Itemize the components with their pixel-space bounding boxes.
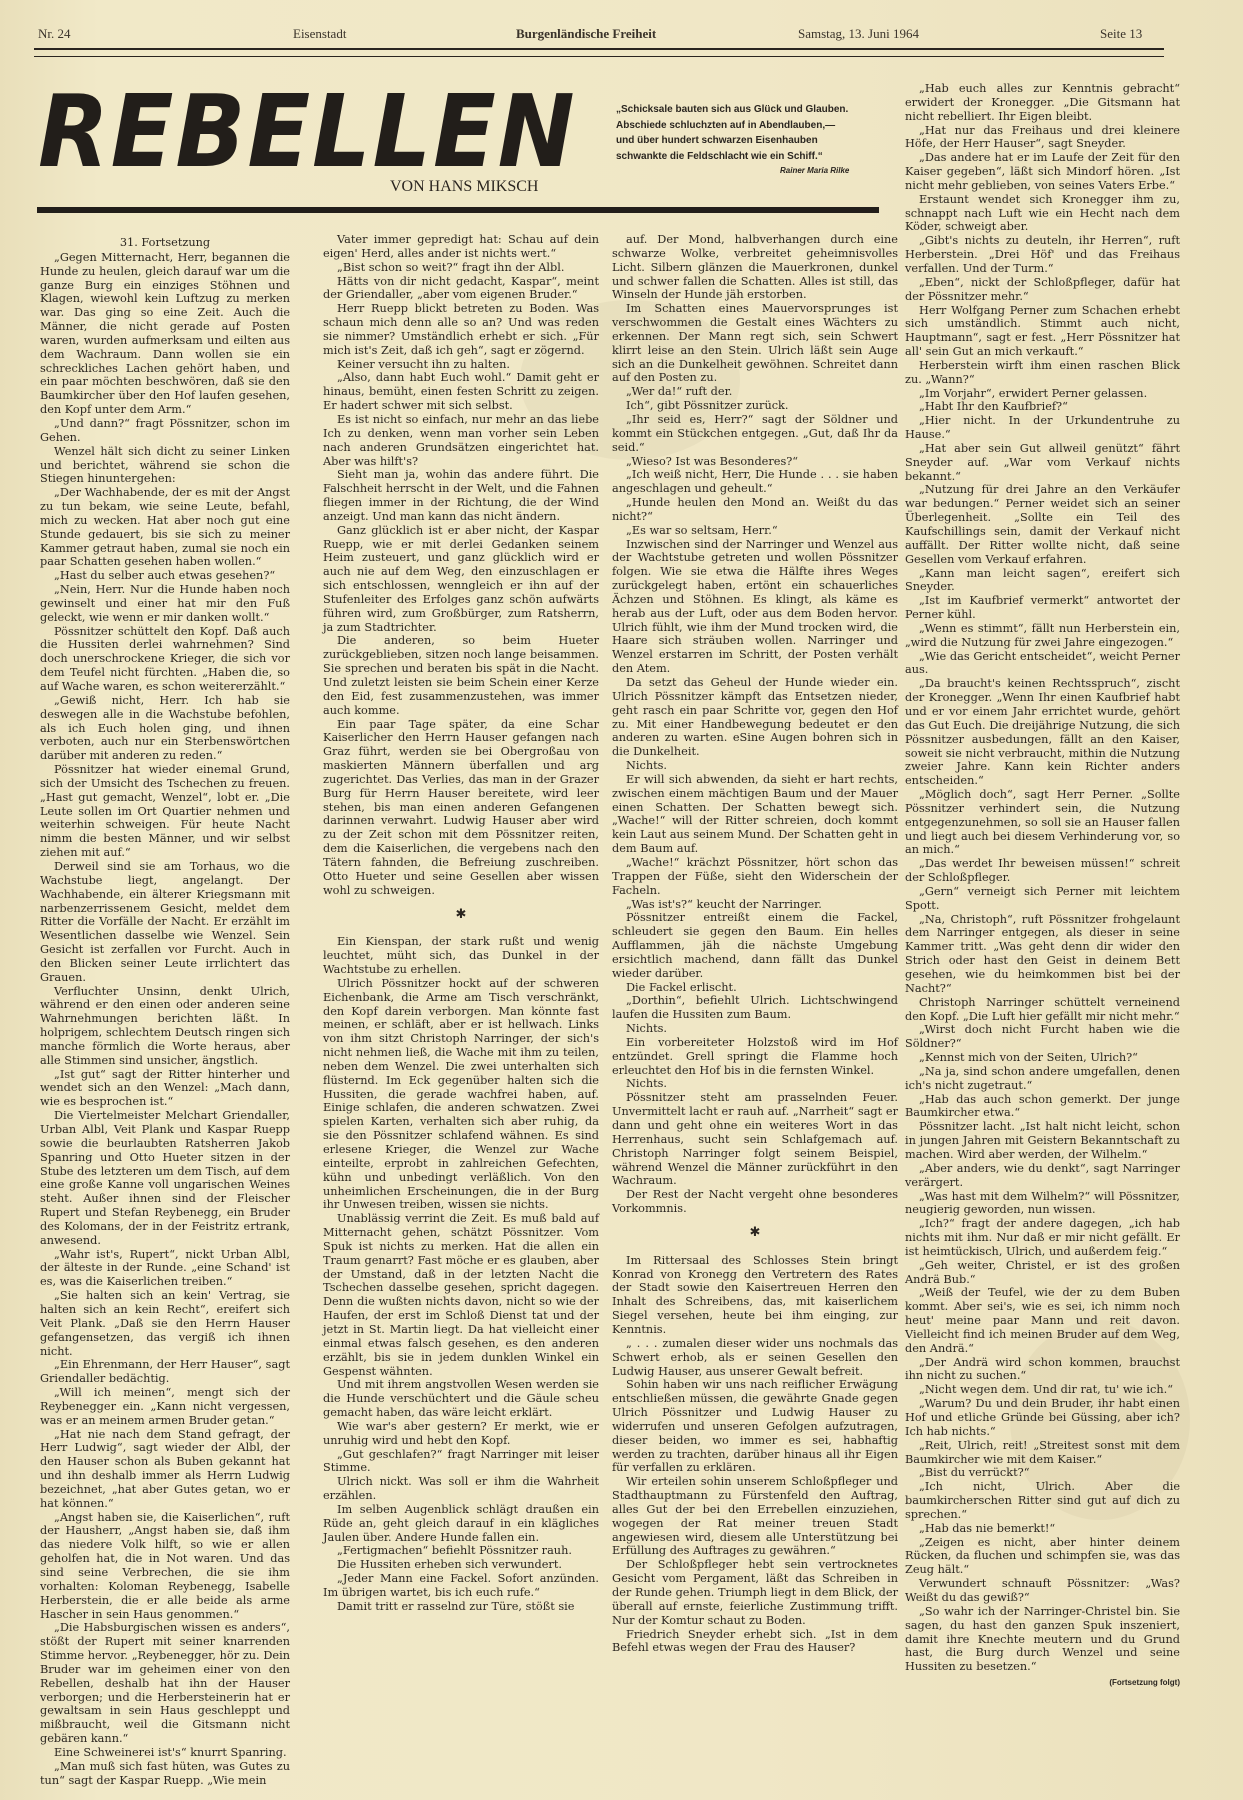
paragraph: „Das andere hat er im Laufe der Zeit für…: [905, 151, 1180, 193]
paragraph: „Hier nicht. In der Urkundentruhe zu Hau…: [905, 414, 1180, 442]
paragraph: Ulrich Pössnitzer hockt auf der schweren…: [323, 977, 599, 1212]
issue-number: Nr. 24: [38, 26, 71, 42]
paragraph: „Hab das nie bemerkt!“: [905, 1522, 1180, 1536]
paragraph: Er will sich abwenden, da sieht er hart …: [612, 773, 898, 856]
paragraph: Christoph Narringer schüttelt verneinend…: [905, 996, 1180, 1024]
paragraph: „Jeder Mann eine Fackel. Sofort anzünden…: [323, 1572, 599, 1600]
paragraph: „Angst haben sie, die Kaiserlichen“, ruf…: [40, 1511, 290, 1622]
paragraph: Inzwischen sind der Narringer und Wenzel…: [612, 538, 898, 676]
masthead: Nr. 24 Eisenstadt Burgenländische Freihe…: [38, 26, 1158, 48]
paragraph: „Das werdet Ihr beweisen müssen!“ schrei…: [905, 857, 1180, 885]
paragraph: „Will ich meinen“, mengt sich der Reyben…: [40, 1386, 290, 1428]
paragraph: Erstaunt wendet sich Kronegger ihm zu, s…: [905, 193, 1180, 235]
paragraph: Vater immer gepredigt hat: Schau auf dei…: [323, 233, 599, 261]
paragraph: „Gern“ verneigt sich Perner mit leichtem…: [905, 885, 1180, 913]
paragraph: „Wieso? Ist was Besonderes?“: [612, 455, 898, 469]
paragraph: „Fertigmachen“ befiehlt Pössnitzer rauh.: [323, 1544, 599, 1558]
paragraph: „Wie das Gericht entscheidet“, weicht Pe…: [905, 650, 1180, 678]
paragraph: „Bist schon so weit?“ fragt ihn der Albl…: [323, 261, 599, 275]
paragraph: „Bist du verrückt?“: [905, 1466, 1180, 1480]
paragraph: „Warum? Du und dein Bruder, ihr habt ein…: [905, 1397, 1180, 1439]
paragraph: Pössnitzer schüttelt den Kopf. Daß auch …: [40, 625, 290, 694]
paragraph: „Da braucht's keinen Rechtsspruch“, zisc…: [905, 677, 1180, 788]
paragraph: „Weiß der Teufel, wie der zu dem Buben k…: [905, 1286, 1180, 1355]
paragraph: „Wirst doch nicht Furcht haben wie die S…: [905, 1023, 1180, 1051]
paragraph: „Ich nicht, Ulrich. Aber die baumkircher…: [905, 1480, 1180, 1522]
paragraph: „Hat aber sein Gut allweil genützt“ fähr…: [905, 442, 1180, 484]
paragraph: Hätts von dir nicht gedacht, Kaspar“, me…: [323, 275, 599, 303]
paragraph: Ein vorbereiteter Holzstoß wird im Hof e…: [612, 1036, 898, 1078]
paragraph: Wir erteilen sohin unserem Schloßpfleger…: [612, 1475, 898, 1558]
paragraph: Der Schloßpfleger hebt sein vertrocknete…: [612, 1558, 898, 1627]
paragraph: „Ist gut“ sagt der Ritter hinterher und …: [40, 1068, 290, 1110]
section-separator: ✱: [323, 908, 599, 922]
city: Eisenstadt: [293, 26, 346, 42]
paragraph: „Ich?“ fragt der andere dagegen, „ich ha…: [905, 1217, 1180, 1259]
paragraph: „Wahr ist's, Rupert“, nickt Urban Albl, …: [40, 1248, 290, 1290]
paragraph: „Im Vorjahr“, erwidert Perner gelassen.: [905, 387, 1180, 401]
paragraph: Eine Schweinerei ist's“ knurrt Spanring.: [40, 1746, 290, 1760]
paragraph: „Aber anders, wie du denkt“, sagt Narrin…: [905, 1162, 1180, 1190]
epigraph-line: und über hundert schwarzen Eisenhauben: [616, 133, 891, 149]
paragraph: „Hab euch alles zur Kenntnis gebracht“ e…: [905, 82, 1180, 124]
article-title: REBELLEN: [38, 82, 576, 182]
paragraph: „Na, Christoph“, ruft Pössnitzer frohgel…: [905, 913, 1180, 996]
paragraph: Ich“, gibt Pössnitzer zurück.: [612, 399, 898, 413]
paragraph: Wenzel hält sich dicht zu seiner Linken …: [40, 445, 290, 487]
paragraph: Die anderen, so beim Hueter zurückgeblie…: [323, 634, 599, 717]
paragraph: „Wer da!“ ruft der.: [612, 385, 898, 399]
paragraph: „Der Wachhabende, der es mit der Angst z…: [40, 486, 290, 569]
paragraph: Nichts.: [612, 1077, 898, 1091]
paragraph: Die Viertelmeister Melchart Griendaller,…: [40, 1109, 290, 1247]
paragraph: „Kennst mich von der Seiten, Ulrich?“: [905, 1051, 1180, 1065]
paragraph: Es ist nicht so einfach, nur mehr an das…: [323, 413, 599, 468]
paragraph: Der Rest der Nacht vergeht ohne besonder…: [612, 1188, 898, 1216]
paragraph: „Hast du selber auch etwas gesehen?“: [40, 569, 290, 583]
paragraph: Verwundert schnauft Pössnitzer: „Was? We…: [905, 1577, 1180, 1605]
paragraph: „Ich weiß nicht, Herr, Die Hunde . . . s…: [612, 468, 898, 496]
paragraph: „Habt Ihr den Kaufbrief?“: [905, 400, 1180, 414]
paragraph: Da setzt das Geheul der Hunde wieder ein…: [612, 676, 898, 759]
paragraph: „Was hast mit dem Wilhelm?“ will Pössnit…: [905, 1190, 1180, 1218]
paragraph: „Dorthin“, befiehlt Ulrich. Lichtschwing…: [612, 994, 898, 1022]
title-rule: [37, 207, 879, 213]
paragraph: Friedrich Sneyder erhebt sich. „Ist in d…: [612, 1628, 898, 1656]
epigraph-line: „Schicksale bauten sich aus Glück und Gl…: [616, 102, 891, 118]
newspaper-page: Nr. 24 Eisenstadt Burgenländische Freihe…: [0, 0, 1243, 1800]
author-line: VON HANS MIKSCH: [390, 178, 538, 196]
paragraph: „Gut geschlafen?“ fragt Narringer mit le…: [323, 1448, 599, 1476]
paragraph: Ein paar Tage später, da eine Schar Kais…: [323, 718, 599, 898]
paragraph: Damit tritt er rasselnd zur Türe, stößt …: [323, 1600, 599, 1614]
text-column-4: „Hab euch alles zur Kenntnis gebracht“ e…: [905, 82, 1180, 1690]
paragraph: „Der Andrä wird schon kommen, brauchst i…: [905, 1356, 1180, 1384]
paragraph: „Gibt's nichts zu deuteln, ihr Herren“, …: [905, 234, 1180, 276]
paragraph: Ein Kienspan, der stark rußt und wenig l…: [323, 935, 599, 977]
paragraph: „Na ja, sind schon andere umgefallen, de…: [905, 1065, 1180, 1093]
paragraph: „Nicht wegen dem. Und dir rat, tu' wie i…: [905, 1383, 1180, 1397]
paragraph: Sieht man ja, wohin das andere führt. Di…: [323, 468, 599, 523]
epigraph-line: Abschiede schluchzten auf in Abendlauben…: [616, 118, 891, 134]
paragraph: „So wahr ich der Narringer-Christel bin.…: [905, 1605, 1180, 1674]
paragraph: „Sie halten sich an kein' Vertrag, sie h…: [40, 1289, 290, 1358]
text-column-2: Vater immer gepredigt hat: Schau auf dei…: [323, 233, 599, 1614]
paragraph: „Wache!“ krächzt Pössnitzer, hört schon …: [612, 856, 898, 898]
paragraph: „Möglich doch“, sagt Herr Perner. „Sollt…: [905, 788, 1180, 857]
paragraph: „Es war so seltsam, Herr.“: [612, 524, 898, 538]
paragraph: Und mit ihrem angstvollen Wesen werden s…: [323, 1378, 599, 1420]
paragraph: Unablässig verrint die Zeit. Es muß bald…: [323, 1212, 599, 1378]
paragraph: Sohin haben wir uns nach reiflicher Erwä…: [612, 1378, 898, 1475]
paragraph: Im Rittersaal des Schlosses Stein bringt…: [612, 1254, 898, 1337]
paragraph: Herr Ruepp blickt betreten zu Boden. Was…: [323, 302, 599, 357]
paragraph: auf. Der Mond, halbverhangen durch eine …: [612, 233, 898, 302]
paragraph: Die Fackel erlischt.: [612, 981, 898, 995]
epigraph-line: schwankte die Feldschlacht wie ein Schif…: [616, 149, 891, 165]
paragraph: Pössnitzer hat wieder einemal Grund, sic…: [40, 763, 290, 860]
epigraph: „Schicksale bauten sich aus Glück und Gl…: [616, 102, 891, 164]
paragraph: „Ist im Kaufbrief vermerkt“ antwortet de…: [905, 594, 1180, 622]
section-separator: ✱: [612, 1226, 898, 1240]
paragraph: Keiner versucht ihn zu halten.: [323, 358, 599, 372]
paragraph: „Hat nur das Freihaus und drei kleinere …: [905, 124, 1180, 152]
paragraph: Nichts.: [612, 759, 898, 773]
paragraph: „Die Habsburgischen wissen es anders“, s…: [40, 1621, 290, 1746]
paragraph: „Hunde heulen den Mond an. Weißt du das …: [612, 496, 898, 524]
paragraph: „Gewiß nicht, Herr. Ich hab sie deswegen…: [40, 694, 290, 763]
paragraph: „Nutzung für drei Jahre an den Verkäufer…: [905, 483, 1180, 566]
paragraph: Ulrich nickt. Was soll er ihm die Wahrhe…: [323, 1475, 599, 1503]
paragraph: Herr Wolfgang Perner zum Schachen erhebt…: [905, 304, 1180, 359]
paragraph: „Hat nie nach dem Stand gefragt, der Her…: [40, 1428, 290, 1511]
paragraph: „Reit, Ulrich, reit! „Streitest sonst mi…: [905, 1439, 1180, 1467]
page-number: Seite 13: [1100, 26, 1142, 42]
paragraph: „Gegen Mitternacht, Herr, begannen die H…: [40, 251, 290, 417]
paragraph: Die Hussiten erheben sich verwundert.: [323, 1558, 599, 1572]
paragraph: „Nein, Herr. Nur die Hunde haben noch ge…: [40, 583, 290, 625]
newspaper-name: Burgenländische Freiheit: [516, 26, 656, 42]
continuation-note: (Fortsetzung folgt): [905, 1676, 1180, 1690]
installment-label: 31. Fortsetzung: [40, 236, 290, 250]
paragraph: Derweil sind sie am Torhaus, wo die Wach…: [40, 860, 290, 985]
paragraph: „Ihr seid es, Herr?“ sagt der Söldner un…: [612, 413, 898, 455]
paragraph: Nichts.: [612, 1022, 898, 1036]
paragraph: Im Schatten eines Mauervorsprunges ist v…: [612, 302, 898, 385]
paragraph: „Also, dann habt Euch wohl.“ Damit geht …: [323, 371, 599, 413]
paragraph: Pössnitzer entreißt einem die Fackel, sc…: [612, 911, 898, 980]
paragraph: Wie war's aber gestern? Er merkt, wie er…: [323, 1420, 599, 1448]
epigraph-attribution: Rainer Maria Rilke: [780, 166, 849, 175]
paragraph: Im selben Augenblick schlägt draußen ein…: [323, 1503, 599, 1545]
paragraph: „Ein Ehrenmann, der Herr Hauser“, sagt G…: [40, 1358, 290, 1386]
issue-date: Samstag, 13. Juni 1964: [798, 26, 919, 42]
paragraph: „Wenn es stimmt“, fällt nun Herberstein …: [905, 622, 1180, 650]
paragraph: „Und dann?“ fragt Pössnitzer, schon im G…: [40, 417, 290, 445]
paragraph: „Zeigen es nicht, aber hinter deinem Rüc…: [905, 1536, 1180, 1578]
paragraph: Herberstein wirft ihm einen raschen Blic…: [905, 359, 1180, 387]
paragraph: Verfluchter Unsinn, denkt Ulrich, währen…: [40, 985, 290, 1068]
text-column-1: 31. Fortsetzung „Gegen Mitternacht, Herr…: [40, 236, 290, 1788]
paragraph: „ . . . zumalen dieser wider uns nochmal…: [612, 1337, 898, 1379]
paragraph: Pössnitzer steht am prasselnden Feuer. U…: [612, 1091, 898, 1188]
paragraph: „Man muß sich fast hüten, was Gutes zu t…: [40, 1760, 290, 1788]
paragraph: Ganz glücklich ist er aber nicht, der Ka…: [323, 524, 599, 635]
text-column-3: auf. Der Mond, halbverhangen durch eine …: [612, 233, 898, 1655]
paragraph: „Geh weiter, Christel, er ist des großen…: [905, 1259, 1180, 1287]
paragraph: „Was ist's?“ keucht der Narringer.: [612, 898, 898, 912]
paragraph: „Kann man leicht sagen“, ereifert sich S…: [905, 567, 1180, 595]
paragraph: „Hab das auch schon gemerkt. Der junge B…: [905, 1093, 1180, 1121]
masthead-rule: [34, 48, 1164, 57]
paragraph: „Eben“, nickt der Schloßpfleger, dafür h…: [905, 276, 1180, 304]
paragraph: Pössnitzer lacht. „Ist halt nicht leicht…: [905, 1120, 1180, 1162]
